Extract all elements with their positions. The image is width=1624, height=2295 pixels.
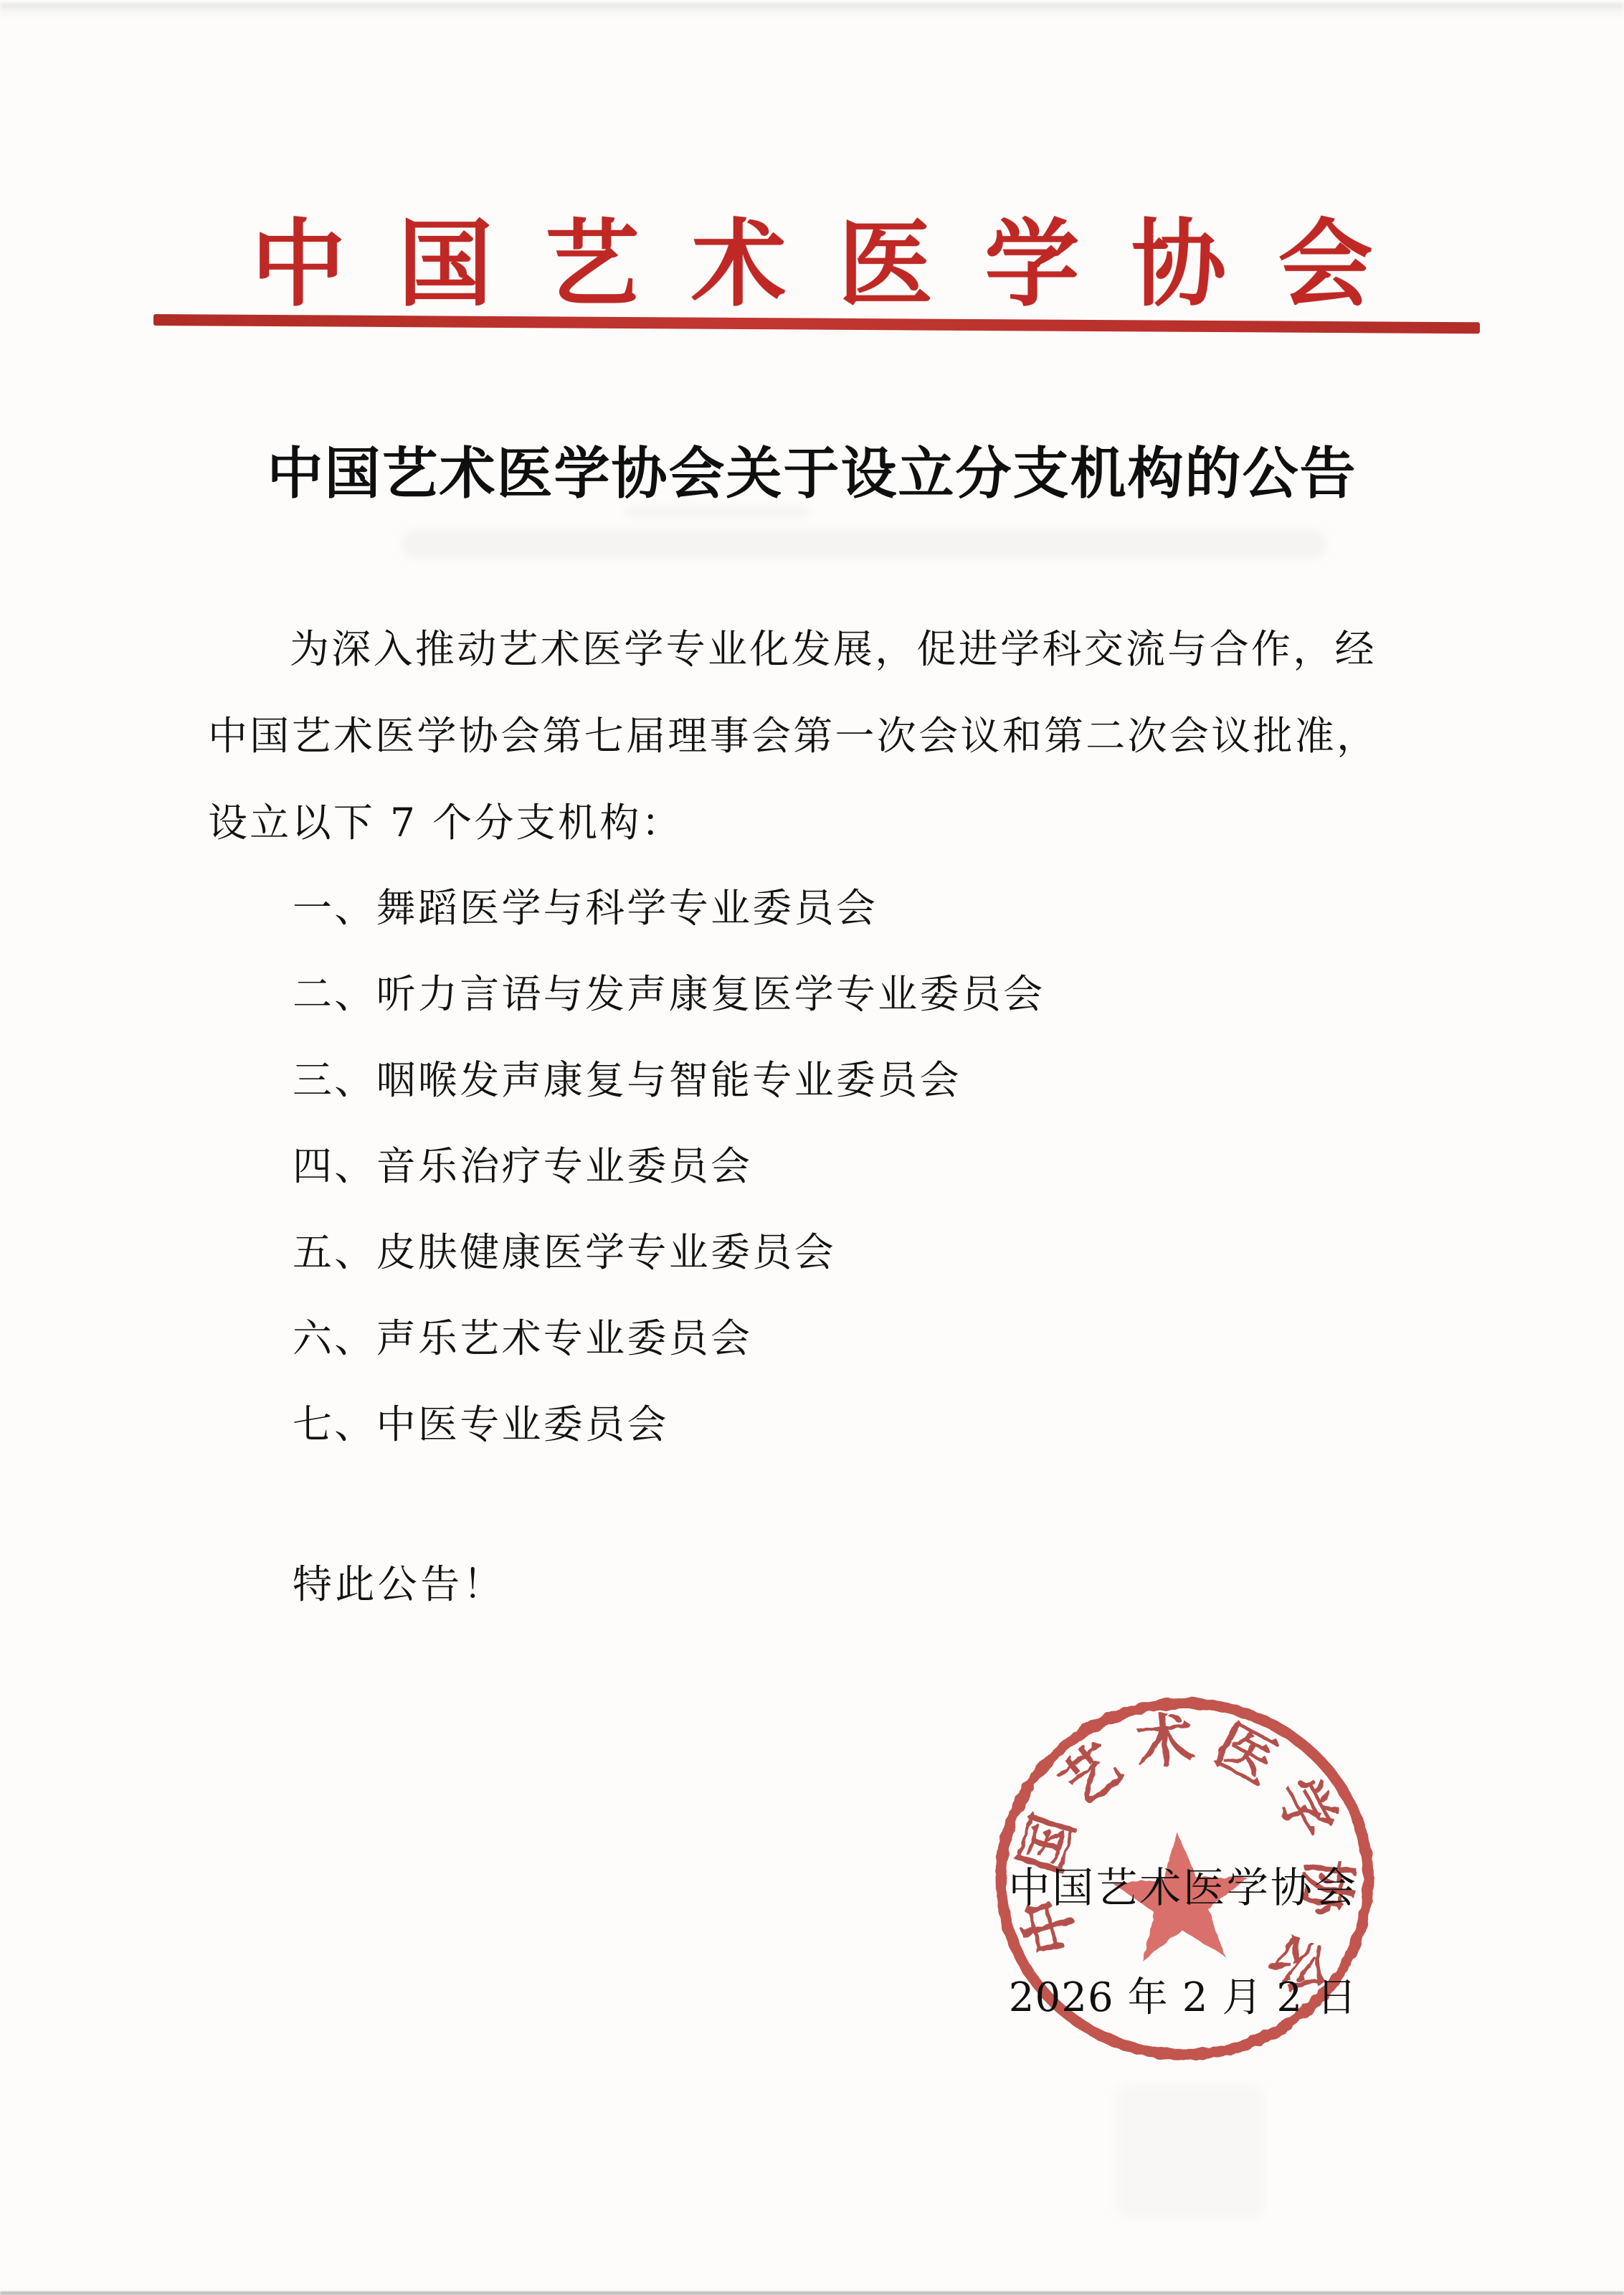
scan-top-noise xyxy=(0,3,1624,19)
body-paragraph: 为深入推动艺术医学专业化发展，促进学科交流与合作，经 中国艺术医学协会第七届理事… xyxy=(208,606,1438,866)
letterhead-org-name: 中国艺术医学协会 xyxy=(0,188,1624,324)
branch-list: 一、舞蹈医学与科学专业委员会 二、听力言语与发声康复医学专业委员会 三、咽喉发声… xyxy=(293,865,1440,1467)
closing-statement: 特此公告！ xyxy=(293,1553,505,1609)
body-line: 为深入推动艺术医学专业化发展，促进学科交流与合作，经 xyxy=(208,606,1438,693)
list-item: 五、皮肤健康医学专业委员会 xyxy=(293,1209,1440,1295)
list-item: 一、舞蹈医学与科学专业委员会 xyxy=(293,865,1440,951)
announcement-title: 中国艺术医学协会关于设立分支机构的公告 xyxy=(0,429,1624,509)
body-line: 中国艺术医学协会第七届理事会第一次会议和第二次会议批准， xyxy=(208,693,1438,780)
scan-smudge xyxy=(1115,2083,1266,2220)
list-item: 三、咽喉发声康复与智能专业委员会 xyxy=(293,1037,1440,1123)
signature-date: 2026 年 2 月 2 日 xyxy=(932,1966,1434,2023)
list-item: 六、声乐艺术专业委员会 xyxy=(293,1295,1440,1381)
list-item: 七、中医专业委员会 xyxy=(293,1381,1440,1467)
signature-block: 中国艺术医学协会 2026 年 2 月 2 日 xyxy=(932,1854,1434,2023)
scan-bottom-edge xyxy=(0,2291,1624,2295)
list-item: 二、听力言语与发声康复医学专业委员会 xyxy=(293,951,1440,1037)
signature-org-name: 中国艺术医学协会 xyxy=(932,1854,1434,1914)
scan-smudge xyxy=(402,529,1326,559)
body-line: 设立以下 7 个分支机构： xyxy=(208,780,1438,866)
announcement-page: 中国艺术医学协会 中国艺术医学协会关于设立分支机构的公告 为深入推动艺术医学专业… xyxy=(0,0,1624,2295)
list-item: 四、音乐治疗专业委员会 xyxy=(293,1123,1440,1209)
